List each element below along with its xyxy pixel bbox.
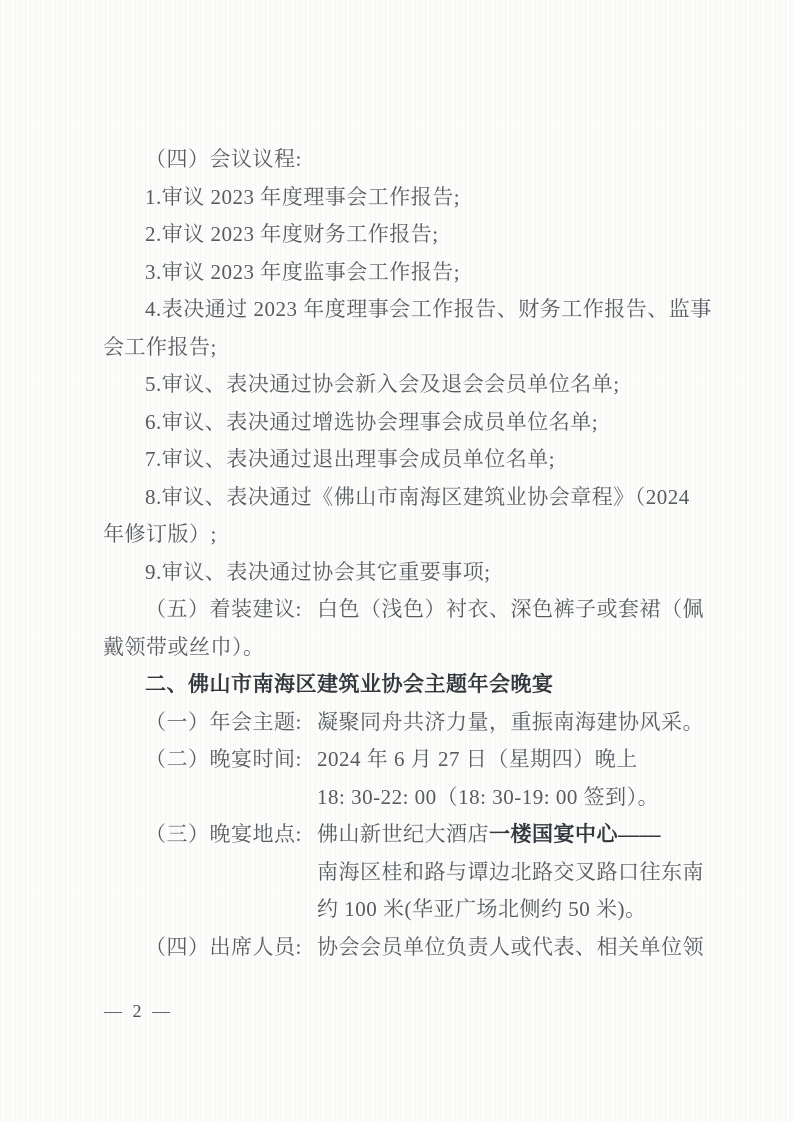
text-segment: 3.审议 2023 年度监事会工作报告; — [145, 260, 460, 284]
text-line: 会工作报告; — [103, 329, 743, 367]
text-line: 1.审议 2023 年度理事会工作报告; — [103, 179, 743, 217]
text-line: 7.审议、表决通过退出理事会成员单位名单; — [103, 441, 743, 479]
text-line: （三）晚宴地点: 佛山新世纪大酒店一楼国宴中心—— — [103, 816, 743, 854]
text-segment: 协会会员单位负责人或代表、相关单位领 — [317, 935, 704, 959]
text-segment: 5.审议、表决通过协会新入会及退会会员单位名单; — [145, 372, 620, 396]
text-line: 2.审议 2023 年度财务工作报告; — [103, 216, 743, 254]
text-segment: 9.审议、表决通过协会其它重要事项; — [145, 560, 491, 584]
page-number: — 2 — — [104, 998, 173, 1024]
text-line: （四）会议议程: — [103, 141, 743, 179]
text-segment: 18: 30-22: 00（18: 30-19: 00 签到）。 — [317, 785, 659, 809]
text-line: 3.审议 2023 年度监事会工作报告; — [103, 254, 743, 292]
text-line: 戴领带或丝巾）。 — [103, 629, 743, 667]
line-label: （二）晚宴时间: — [145, 741, 317, 779]
text-segment: 年修订版）; — [103, 522, 217, 546]
text-segment: 2.审议 2023 年度财务工作报告; — [145, 222, 439, 246]
line-label: （三）晚宴地点: — [145, 816, 317, 854]
text-segment: 戴领带或丝巾）。 — [103, 635, 265, 659]
text-segment: 4.表决通过 2023 年度理事会工作报告、财务工作报告、监事 — [145, 297, 712, 321]
text-line: 8.审议、表决通过《佛山市南海区建筑业协会章程》（2024 — [103, 479, 743, 517]
text-segment: 一楼国宴中心—— — [489, 822, 661, 846]
text-segment: 白色（浅色）衬衣、深色裤子或套裙（佩 — [317, 597, 704, 621]
text-segment: 会工作报告; — [103, 335, 217, 359]
text-segment: 二、佛山市南海区建筑业协会主题年会晚宴 — [145, 673, 554, 696]
text-line: （四）出席人员: 协会会员单位负责人或代表、相关单位领 — [103, 929, 743, 967]
text-line: 年修订版）; — [103, 516, 743, 554]
text-segment: 凝聚同舟共济力量，重振南海建协风采。 — [317, 710, 704, 734]
text-line: 9.审议、表决通过协会其它重要事项; — [103, 554, 743, 592]
text-segment: 1.审议 2023 年度理事会工作报告; — [145, 185, 460, 209]
text-segment: 6.审议、表决通过增选协会理事会成员单位名单; — [145, 410, 598, 434]
text-segment: 8.审议、表决通过《佛山市南海区建筑业协会章程》（2024 — [145, 485, 690, 509]
line-label: （五）着装建议: — [145, 591, 317, 629]
text-segment: 7.审议、表决通过退出理事会成员单位名单; — [145, 447, 555, 471]
text-line: 约 100 米(华亚广场北侧约 50 米)。 — [103, 891, 743, 929]
text-segment: （四）会议议程: — [145, 147, 302, 171]
text-segment: 南海区桂和路与谭边北路交叉路口往东南 — [317, 860, 704, 884]
line-label: （一）年会主题: — [145, 704, 317, 742]
text-line: （五）着装建议: 白色（浅色）衬衣、深色裤子或套裙（佩 — [103, 591, 743, 629]
line-label: （四）出席人员: — [145, 929, 317, 967]
text-segment: 约 100 米(华亚广场北侧约 50 米)。 — [317, 897, 647, 921]
text-line: 6.审议、表决通过增选协会理事会成员单位名单; — [103, 404, 743, 442]
text-segment: 佛山新世纪大酒店 — [317, 822, 489, 846]
document-page: （四）会议议程:1.审议 2023 年度理事会工作报告;2.审议 2023 年度… — [0, 0, 794, 1123]
text-line: （一）年会主题: 凝聚同舟共济力量，重振南海建协风采。 — [103, 704, 743, 742]
document-body: （四）会议议程:1.审议 2023 年度理事会工作报告;2.审议 2023 年度… — [103, 141, 743, 966]
text-segment: 2024 年 6 月 27 日（星期四）晚上 — [317, 747, 638, 771]
text-line: 5.审议、表决通过协会新入会及退会会员单位名单; — [103, 366, 743, 404]
text-line: （二）晚宴时间: 2024 年 6 月 27 日（星期四）晚上 — [103, 741, 743, 779]
text-line: 南海区桂和路与谭边北路交叉路口往东南 — [103, 854, 743, 892]
text-line: 4.表决通过 2023 年度理事会工作报告、财务工作报告、监事 — [103, 291, 743, 329]
text-line: 18: 30-22: 00（18: 30-19: 00 签到）。 — [103, 779, 743, 817]
text-line: 二、佛山市南海区建筑业协会主题年会晚宴 — [103, 666, 743, 704]
